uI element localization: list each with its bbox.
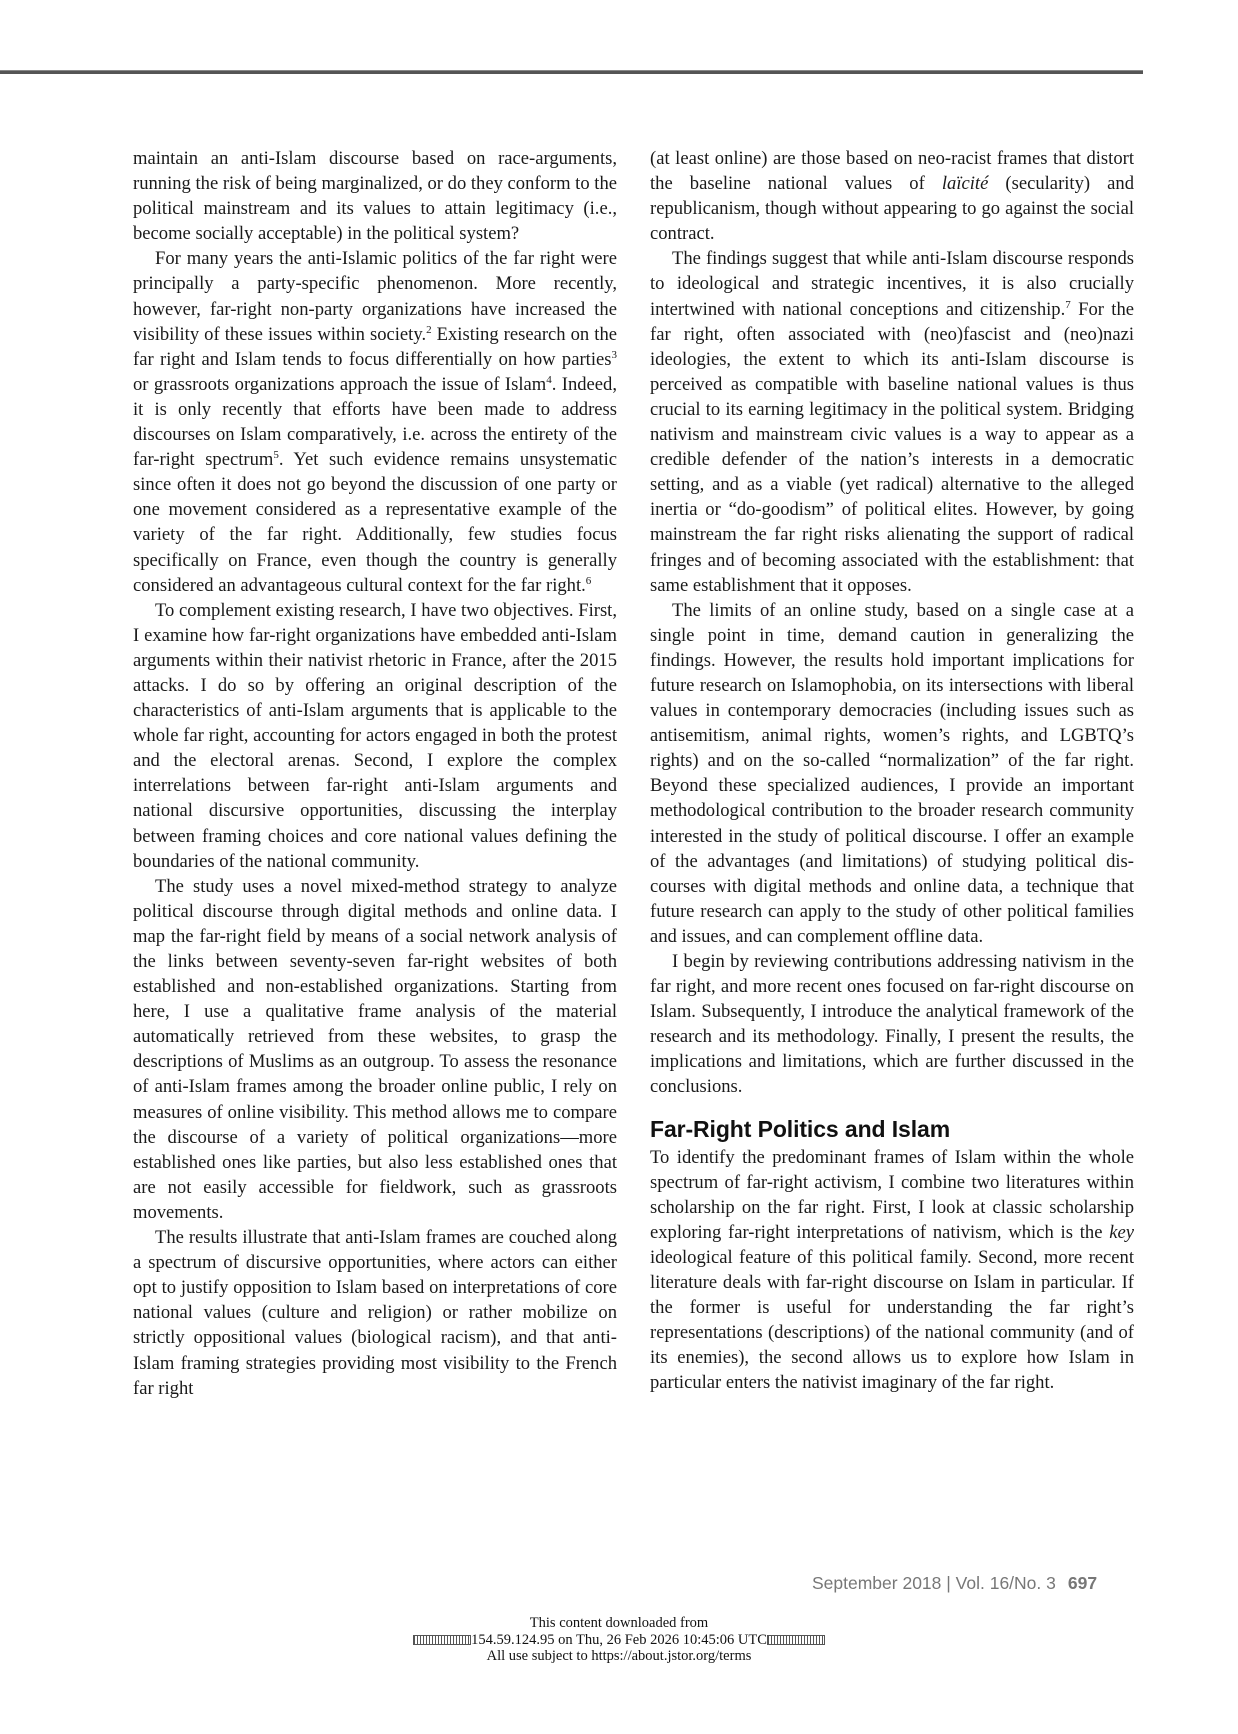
paragraph: The study uses a novel mixed-method stra…	[133, 874, 617, 1225]
page-footer: September 2018 | Vol. 16/No. 3697	[812, 1573, 1097, 1594]
text-run: To identify the predominant frames of Is…	[650, 1147, 1134, 1243]
paragraph: The findings suggest that while anti-Isl…	[650, 246, 1134, 597]
issue-info: September 2018 | Vol. 16/No. 3	[812, 1573, 1056, 1593]
header-rule	[0, 70, 1143, 74]
notice-line: All use subject to https://about.jstor.o…	[0, 1648, 1238, 1665]
notice-ip-date: 154.59.124.95 on Thu, 26 Feb 2026 10:45:…	[471, 1632, 767, 1648]
text-run: . Yet such evidence remains unsystematic…	[133, 449, 617, 595]
placeholder-glyphs	[767, 1635, 825, 1645]
paragraph: The limits of an online study, based on …	[650, 598, 1134, 949]
paragraph: The results illustrate that anti-Islam f…	[133, 1225, 617, 1401]
notice-line: 154.59.124.95 on Thu, 26 Feb 2026 10:45:…	[0, 1632, 1238, 1649]
paragraph: To complement existing research, I have …	[133, 598, 617, 874]
paragraph: I begin by reviewing contributions addre…	[650, 949, 1134, 1100]
text-run: ideological feature of this political fa…	[650, 1247, 1134, 1393]
paragraph: (at least online) are those based on neo…	[650, 146, 1134, 246]
paragraph: maintain an anti-Islam discourse based o…	[133, 146, 617, 246]
footnote-ref[interactable]: 3	[612, 349, 618, 361]
footnote-ref[interactable]: 6	[586, 575, 592, 587]
italic-term: key	[1109, 1222, 1134, 1243]
placeholder-glyphs	[413, 1635, 471, 1645]
paragraph: To identify the predominant frames of Is…	[650, 1145, 1134, 1396]
notice-line: This content downloaded from	[0, 1615, 1238, 1632]
page-number: 697	[1068, 1573, 1097, 1593]
italic-term: laïcité	[942, 173, 988, 194]
left-column: maintain an anti-Islam discourse based o…	[133, 146, 617, 1401]
section-heading: Far-Right Politics and Islam	[650, 1114, 1134, 1144]
jstor-download-notice: This content downloaded from 154.59.124.…	[0, 1615, 1238, 1665]
text-run: The findings suggest that while anti-Isl…	[650, 248, 1134, 319]
text-run: or grassroots organizations approach the…	[133, 374, 546, 395]
right-column: (at least online) are those based on neo…	[650, 146, 1134, 1396]
paragraph: For many years the anti-Islamic politics…	[133, 246, 617, 597]
text-run: For the far right, often associated with…	[650, 299, 1134, 596]
